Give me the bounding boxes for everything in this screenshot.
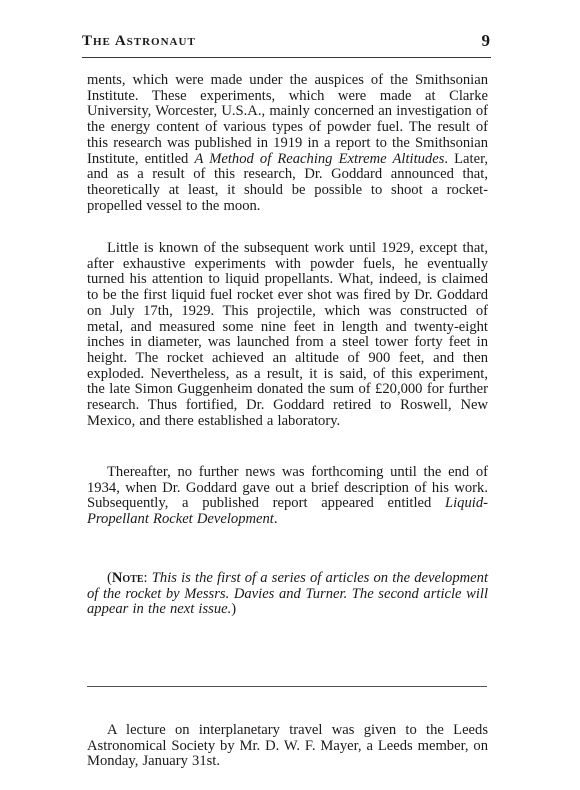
- publication-title: The Astronaut: [82, 31, 196, 51]
- section-divider: [87, 686, 487, 687]
- article-paragraph-1: ments, which were made under the auspice…: [87, 73, 488, 214]
- running-head: The Astronaut 9: [82, 31, 490, 51]
- paragraph-text: Little is known of the subsequent work u…: [87, 240, 488, 429]
- paragraph-text: .: [274, 511, 278, 527]
- note-label: Note: [112, 570, 144, 586]
- article-paragraph-3: Thereafter, no further news was forthcom…: [87, 465, 488, 528]
- header-rule: [82, 57, 491, 58]
- note-colon: :: [144, 570, 152, 586]
- paragraph-text: Thereafter, no further news was forthcom…: [87, 464, 488, 511]
- editorial-note: (Note: This is the first of a series of …: [87, 571, 488, 618]
- note-close-paren: ): [231, 601, 236, 617]
- news-item-paragraph: A lecture on interplanetary travel was g…: [87, 723, 488, 770]
- news-item-text: A lecture on interplanetary travel was g…: [87, 722, 488, 769]
- article-paragraph-2: Little is known of the subsequent work u…: [87, 241, 488, 429]
- magazine-page: The Astronaut 9 ments, which were made u…: [0, 0, 580, 790]
- page-number: 9: [482, 31, 491, 51]
- report-title-italic: A Method of Reaching Extreme Altitudes: [194, 151, 444, 167]
